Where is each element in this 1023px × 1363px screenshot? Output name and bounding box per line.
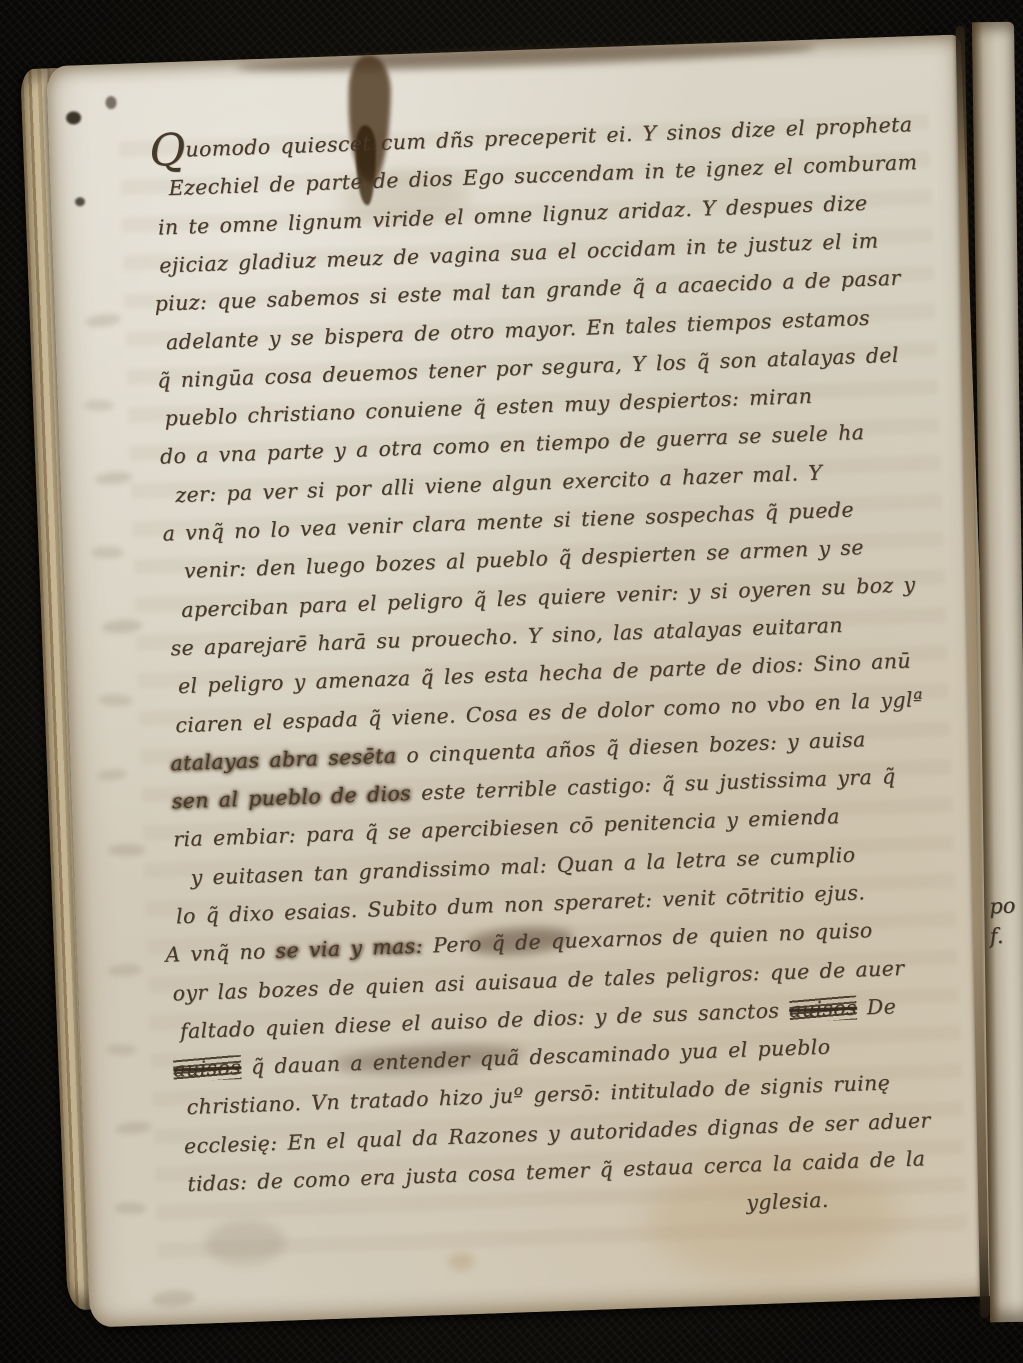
text-segment: se via y mas: [275, 934, 423, 963]
stain [98, 694, 132, 707]
stain [75, 197, 85, 206]
text-block: Quomodo quiescet cum dñs preceperit ei. … [149, 105, 989, 1297]
text-segment: A vnq̃ no [165, 939, 276, 967]
text-segment: atalayas abra sesēta [170, 744, 397, 776]
struck-text: auisos [789, 996, 858, 1022]
manuscript-page: Quomodo quiescet cum dñs preceperit ei. … [46, 34, 1004, 1327]
text-segment: Pero q̃ de quexarnos de quien no quiso [423, 918, 873, 958]
marginal-fragment: f. [989, 924, 1004, 949]
stain [85, 313, 122, 329]
stain [94, 471, 133, 486]
struck-text: auisos [173, 1055, 242, 1081]
stain [97, 768, 128, 782]
stain [108, 844, 146, 856]
text-segment: De [856, 994, 896, 1019]
marginal-fragment: po [989, 893, 1016, 918]
manuscript-line: yglesia. [746, 1182, 830, 1221]
stain [115, 1120, 152, 1135]
stain [101, 619, 142, 635]
stain [91, 547, 123, 559]
stain [236, 39, 816, 75]
stain [107, 1044, 137, 1056]
text-segment: sen al pueblo de dios [172, 781, 412, 813]
stain [107, 963, 142, 977]
stain [66, 111, 81, 125]
text-segment: yglesia. [746, 1188, 829, 1215]
photo-background: Quomodo quiescet cum dñs preceperit ei. … [0, 0, 1023, 1363]
stain [84, 399, 114, 411]
stain [114, 1202, 146, 1214]
stain [105, 96, 116, 109]
